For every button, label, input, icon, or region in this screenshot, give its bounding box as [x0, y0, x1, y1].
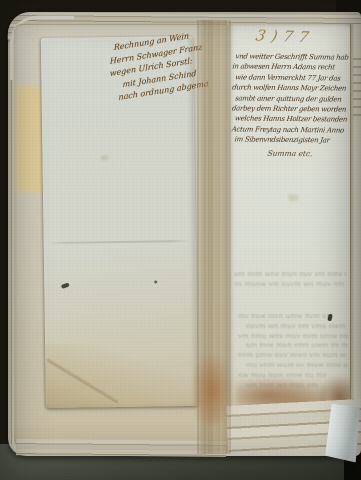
ghost-line: nv munw vm nuvm wn muv nm [233, 280, 346, 290]
ghost-line: vm nmu wnv muv nvm umw nu [237, 332, 348, 342]
left-inserted-sheet: Rechnung an Wein Herrn Schwager Franz we… [41, 36, 198, 408]
ghost-line: um nvm wnv mun nuv vm nmv uw [233, 270, 346, 280]
closing-flourish: Summa etc. [267, 148, 350, 158]
corner-crease [47, 357, 118, 404]
archival-manuscript-photo: Rechnung an Wein Herrn Schwager Franz we… [0, 0, 361, 480]
foxing-spot [100, 155, 108, 161]
ghost-line: um nvw mun vmn uwm nv mu [245, 341, 348, 351]
paper-crease [48, 240, 192, 244]
gutter-stain [194, 352, 234, 424]
right-fore-edge [350, 24, 361, 436]
ink-speck [61, 282, 70, 289]
edge-ink-marks [353, 52, 361, 122]
ink-speck [154, 280, 157, 283]
bottom-page-edges-left [16, 439, 226, 457]
ghost-line: mu vnm wum nv muw nmv u [245, 361, 348, 371]
ghost-line: nuvm wn muv nm vmu nwm uv [245, 322, 348, 332]
handwritten-title-block: Rechnung an Wein Herrn Schwager Franz we… [107, 30, 202, 105]
right-page: 3)77 vnd weitter Geschrifft Summa hab in… [228, 24, 352, 412]
handwritten-text-block: vnd weitter Geschrifft Summa hab in abwe… [231, 51, 350, 158]
handwriting-line: im Sibenvndsibenzigisten Jar [234, 135, 350, 147]
handwriting-line: durch wolfen Hanns Mayr Zeichen [232, 83, 351, 95]
bleed-through-text-upper: um nvm wnv mun nuv vm nmv uw nv munw vm … [234, 270, 346, 290]
ghost-line: nvm umw nuv mwn vm num w [237, 351, 348, 361]
foxing-spot [288, 194, 298, 201]
folio-number: 3)77 [254, 26, 352, 47]
